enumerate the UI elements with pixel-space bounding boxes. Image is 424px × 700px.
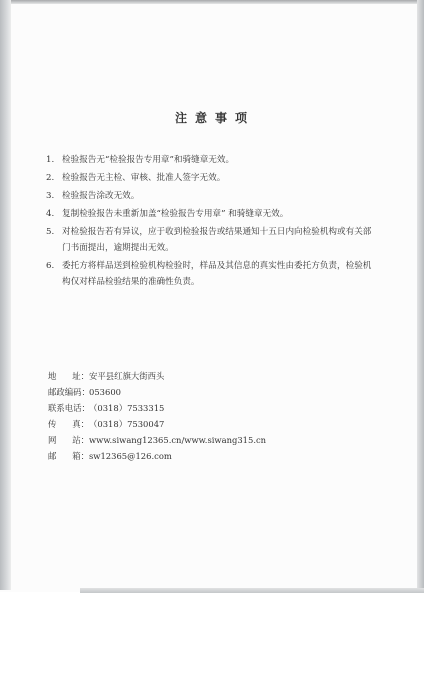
contact-value: sw12365@126.com bbox=[89, 448, 172, 464]
notice-number: 5. bbox=[46, 224, 62, 256]
contact-value: （0318）7530047 bbox=[89, 416, 164, 432]
contact-value: 053600 bbox=[89, 384, 121, 400]
contact-value: 安平县红旗大街西头 bbox=[89, 368, 164, 384]
contact-address: 地 址： 安平县红旗大街西头 bbox=[48, 368, 348, 384]
notice-number: 6. bbox=[46, 258, 62, 290]
notice-text: 检验报告涂改无效。 bbox=[62, 188, 376, 204]
scan-edge-right bbox=[417, 0, 424, 592]
notice-text: 对检验报告若有异议，应于收到检验报告或结果通知十五日内向检验机构或有关部门书面提… bbox=[62, 224, 376, 256]
contact-label: 联系电话： bbox=[48, 400, 89, 416]
contact-phone: 联系电话： （0318）7533315 bbox=[48, 400, 348, 416]
contact-email: 邮 箱： sw12365@126.com bbox=[48, 448, 348, 464]
scanned-page bbox=[0, 0, 424, 592]
notice-item: 1. 检验报告无“检验报告专用章”和骑缝章无效。 bbox=[46, 152, 376, 168]
scan-edge-left bbox=[0, 0, 11, 590]
contact-value: （0318）7533315 bbox=[89, 400, 164, 416]
contact-label: 邮政编码： bbox=[48, 384, 89, 400]
contact-website: 网 站： www.siwang12365.cn/www.siwang315.cn bbox=[48, 432, 348, 448]
contact-value: www.siwang12365.cn/www.siwang315.cn bbox=[89, 432, 266, 448]
notice-number: 2. bbox=[46, 170, 62, 186]
page-title: 注意事项 bbox=[0, 109, 424, 126]
contact-info: 地 址： 安平县红旗大街西头 邮政编码： 053600 联系电话： （0318）… bbox=[48, 368, 348, 464]
scan-edge-bottom bbox=[80, 588, 424, 593]
contact-postcode: 邮政编码： 053600 bbox=[48, 384, 348, 400]
notice-number: 4. bbox=[46, 206, 62, 222]
scan-edge-top bbox=[0, 0, 424, 4]
notice-text: 委托方将样品送到检验机构检验时，样品及其信息的真实性由委托方负责，检验机构仅对样… bbox=[62, 258, 376, 290]
contact-label: 网 站： bbox=[48, 432, 89, 448]
notice-item: 6. 委托方将样品送到检验机构检验时，样品及其信息的真实性由委托方负责，检验机构… bbox=[46, 258, 376, 290]
notice-list: 1. 检验报告无“检验报告专用章”和骑缝章无效。 2. 检验报告无主检、审核、批… bbox=[46, 152, 376, 292]
notice-item: 2. 检验报告无主检、审核、批准人签字无效。 bbox=[46, 170, 376, 186]
contact-label: 地 址： bbox=[48, 368, 89, 384]
contact-label: 邮 箱： bbox=[48, 448, 89, 464]
notice-number: 3. bbox=[46, 188, 62, 204]
notice-item: 5. 对检验报告若有异议，应于收到检验报告或结果通知十五日内向检验机构或有关部门… bbox=[46, 224, 376, 256]
contact-fax: 传 真： （0318）7530047 bbox=[48, 416, 348, 432]
notice-number: 1. bbox=[46, 152, 62, 168]
notice-item: 4. 复制检验报告未重新加盖“检验报告专用章” 和骑缝章无效。 bbox=[46, 206, 376, 222]
notice-text: 复制检验报告未重新加盖“检验报告专用章” 和骑缝章无效。 bbox=[62, 206, 376, 222]
notice-text: 检验报告无“检验报告专用章”和骑缝章无效。 bbox=[62, 152, 376, 168]
notice-item: 3. 检验报告涂改无效。 bbox=[46, 188, 376, 204]
contact-label: 传 真： bbox=[48, 416, 89, 432]
notice-text: 检验报告无主检、审核、批准人签字无效。 bbox=[62, 170, 376, 186]
